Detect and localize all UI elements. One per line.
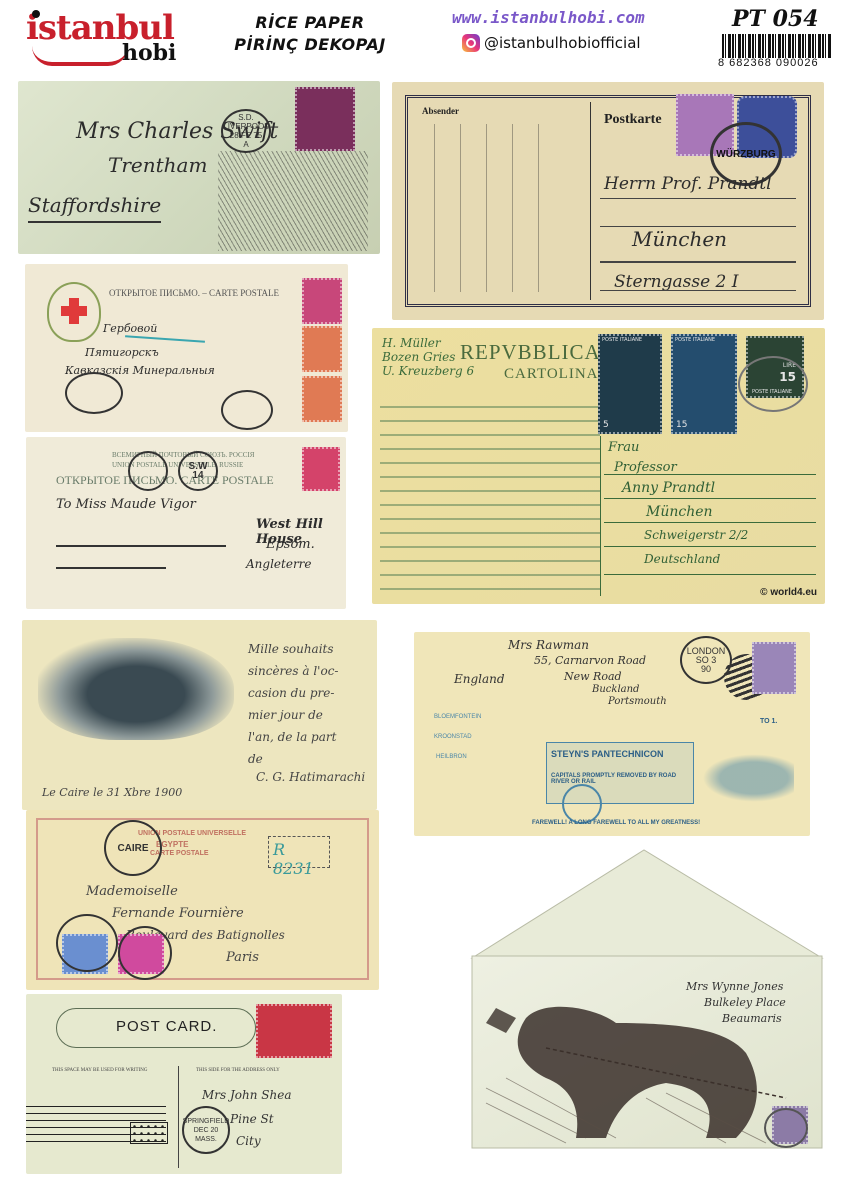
postmark-oval [65, 372, 123, 414]
address-line: Staffordshire [28, 193, 161, 223]
address-line: Trentham [108, 153, 207, 177]
postmark-caire [118, 926, 172, 980]
card-caire-camels: Mille souhaits sincères à l'oc- casion d… [22, 620, 377, 810]
card-postkarte-munchen: Absender Postkarte WÜRZBURG Herrn Prof. … [392, 82, 824, 320]
product-code: PT 054 [732, 6, 819, 32]
address-line: Schweigerstr 2/2 [644, 528, 748, 542]
card-cartolina-repubblica: H. Müller Bozen Gries U. Kreuzberg 6 REP… [372, 328, 825, 604]
sender-label: Absender [422, 106, 459, 116]
address-line: Epsom. [266, 537, 315, 552]
card-egypte-carte-postale: UNION POSTALE UNIVERSELLE EGYPTE CARTE P… [26, 810, 379, 990]
address-line: Mrs John Shea [202, 1088, 292, 1102]
stamp-red [256, 1004, 332, 1058]
card-post-card-us: POST CARD. THIS SPACE MAY BE USED FOR WR… [26, 994, 342, 1174]
strike-line [56, 567, 166, 569]
divider [590, 102, 591, 300]
address-line: Beaumaris [722, 1012, 782, 1025]
brand-bottom-text: hobi [122, 40, 176, 66]
address-line: Buckland [592, 684, 639, 695]
barcode [722, 34, 832, 58]
postmark-springfield: SPRINGFIELDDEC 20MASS. [182, 1106, 230, 1154]
cartolina-subtitle: CARTOLINA [504, 366, 599, 383]
divider [178, 1066, 179, 1168]
stamp-italia-5: POSTE ITALIANE 5 [598, 334, 662, 434]
message-line: casion du pre- [248, 686, 334, 700]
address-line: Pine St [230, 1112, 274, 1126]
brand-logo: istanbul hobi [18, 6, 178, 66]
address-line: New Road [564, 670, 622, 683]
card-envelope-liverpool: Mrs Charles Swift Trentham Staffordshire… [18, 81, 380, 254]
handwritten-message [380, 394, 600, 600]
card-heading: ОТКРЫТОЕ ПИСЬМО. – CARTE POSTALE [109, 288, 279, 298]
logo-swoosh [32, 46, 128, 66]
sender-line: Bozen Gries [382, 350, 455, 364]
registration-box: R 8231 [268, 836, 330, 868]
right-side-label: THIS SIDE FOR THE ADDRESS ONLY [196, 1068, 280, 1073]
address-rule [604, 546, 816, 547]
address-line: München [646, 504, 713, 520]
flag-cancel [130, 1122, 168, 1144]
cart-wheel [562, 784, 602, 824]
card-steyns-pantechnicon: Mrs Rawman 55, Carnarvon Road New Road B… [414, 632, 810, 836]
address-rule [604, 522, 816, 523]
address-line: München [632, 227, 727, 251]
camel-photo-vignette [38, 638, 234, 740]
barcode-number: 8 682368 090026 [718, 57, 819, 69]
address-line: Mademoiselle [86, 884, 178, 899]
divider [600, 436, 601, 596]
instagram-link[interactable]: @istanbulhobiofficial [462, 34, 641, 52]
logo-dot [32, 10, 40, 18]
address-rule [600, 226, 796, 227]
country-line: England [454, 672, 505, 686]
title-line-1: RİCE PAPER [210, 12, 410, 34]
stamp-russia-2 [302, 326, 342, 372]
message-date: Le Caire le 31 Xbre 1900 [42, 786, 182, 799]
left-side-label: THIS SPACE MAY BE USED FOR WRITING [52, 1068, 147, 1073]
caption: FAREWELL! A LONG FAREWELL TO ALL MY GREA… [532, 820, 700, 826]
title-line-2: PİRİNÇ DEKOPAJ [210, 34, 410, 56]
address-line: City [236, 1134, 261, 1148]
address-line: Bulkeley Place [704, 996, 786, 1009]
engraving-illustration [218, 151, 368, 251]
post-card-title: POST CARD. [116, 1018, 217, 1035]
postmark-caire [56, 914, 118, 972]
address-line: Professor [614, 460, 677, 475]
instagram-handle: @istanbulhobiofficial [484, 34, 641, 52]
message-line: Mille souhaits [248, 642, 334, 656]
stamp-russia-3 [302, 376, 342, 422]
message-line: de [248, 752, 263, 766]
message-line: mier jour de [248, 708, 323, 722]
address-rule [604, 474, 816, 475]
horse-drawing [694, 750, 794, 806]
stamp-italia-15: POSTE ITALIANE 15 [671, 334, 737, 434]
postmark-round [764, 1108, 808, 1148]
address-line: Fernande Fournière [112, 906, 244, 921]
stamp-penny-red [295, 87, 355, 151]
address-line: Mrs Rawman [508, 638, 589, 652]
blue-pencil-line [125, 335, 205, 343]
message-line: l'an, de la part [248, 730, 336, 744]
website-link[interactable]: www.istanbulhobi.com [452, 8, 645, 27]
postmark-liverpool: S.D.LIVERPOOL28 FE 75A [221, 109, 271, 153]
card-horse-envelope: Mrs Wynne Jones Bulkeley Place Beaumaris [466, 848, 830, 1151]
postmark-sw14: S.W14 [178, 451, 218, 491]
stamp-lilac [752, 642, 796, 694]
address-line: Пятигорскъ [85, 346, 159, 359]
message-signature: C. G. Hatimarachi [256, 770, 365, 784]
product-title: RİCE PAPER PİRİNÇ DEKOPAJ [210, 12, 410, 56]
place-label: BLOEMFONTEIN [434, 714, 481, 720]
stamp-russia-1 [302, 278, 342, 324]
image-credit: © world4.eu [760, 587, 817, 598]
instagram-icon [462, 34, 480, 52]
postmark-caire: CAIRE [104, 820, 162, 876]
address-line: To Miss Maude Vigor [56, 497, 196, 512]
address-line: Anny Prandtl [622, 480, 715, 496]
place-label: HEILBRON [436, 754, 467, 760]
address-line: Paris [226, 950, 259, 965]
card-carte-postale-red-cross: ОТКРЫТОЕ ПИСЬМО. – CARTE POSTALE Гербово… [25, 264, 348, 432]
sender-line: U. Kreuzberg 6 [382, 364, 474, 378]
address-rule [604, 574, 816, 575]
address-line: Portsmouth [608, 696, 667, 707]
address-line: Angleterre [246, 557, 312, 571]
repubblica-title: REPVBBLICA [460, 340, 601, 365]
handwritten-message [420, 124, 560, 292]
address-rule [600, 261, 796, 263]
sender-line: H. Müller [382, 336, 441, 350]
place-label: KROONSTAD [434, 734, 472, 740]
address-line: 55, Carnarvon Road [534, 654, 646, 667]
address-rule [600, 290, 796, 291]
message-line: sincères à l'oc- [248, 664, 338, 678]
postmark-round [221, 390, 273, 430]
flag-label: TO 1. [760, 718, 777, 725]
red-cross-emblem [47, 282, 101, 342]
postkarte-title: Postkarte [604, 112, 662, 128]
postmark-round [128, 451, 168, 491]
stamp-russia [302, 447, 340, 491]
address-line: Herrn Prof. Prandtl [604, 174, 772, 194]
address-rule [604, 498, 816, 499]
address-line: Deutschland [644, 552, 720, 566]
address-line: Mrs Wynne Jones [686, 980, 783, 993]
address-line: Гербовой [103, 322, 157, 335]
address-line: Sterngasse 2 I [614, 272, 738, 292]
strike-line [56, 545, 226, 547]
address-rule [600, 198, 796, 199]
postmark-bozen [738, 356, 808, 412]
card-carte-postale-russie: ВСЕМИРНЫЙ ПОЧТОВЫЙ СОЮЗЪ. РОССІЯ UNION P… [26, 437, 346, 609]
address-line: Frau [608, 440, 639, 455]
